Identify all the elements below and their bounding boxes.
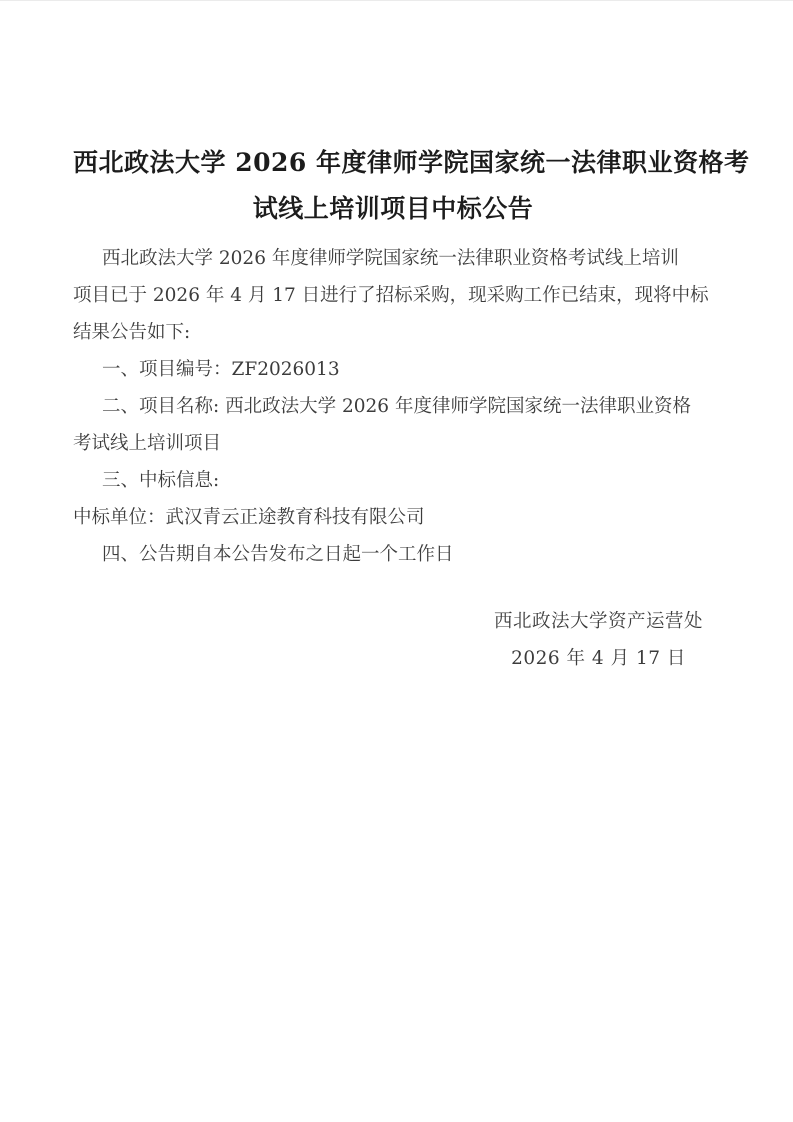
signature-block: 西北政法大学资产运营处 2026 年 4 月 17 日 [494,603,703,677]
announcement-document: 西北政法大学 2026 年度律师学院国家统一法律职业资格考 试线上培训项目中标公… [73,140,713,677]
body-line-award-winner: 中标单位：武汉青云正途教育科技有限公司 [73,499,713,536]
document-body: 西北政法大学 2026 年度律师学院国家统一法律职业资格考试线上培训 项目已于 … [73,240,713,573]
body-line-intro-1: 西北政法大学 2026 年度律师学院国家统一法律职业资格考试线上培训 [73,240,713,277]
body-line-project-name-1: 二、项目名称: 西北政法大学 2026 年度律师学院国家统一法律职业资格 [73,388,713,425]
document-page: 西北政法大学 2026 年度律师学院国家统一法律职业资格考 试线上培训项目中标公… [0,0,793,1122]
body-line-project-number: 一、项目编号：ZF2026013 [73,351,713,388]
signature-date: 2026 年 4 月 17 日 [494,640,703,677]
body-line-award-info-heading: 三、中标信息: [73,462,713,499]
body-line-project-name-2: 考试线上培训项目 [73,425,713,462]
page-top-edge [0,0,793,1]
document-title-line-1: 西北政法大学 2026 年度律师学院国家统一法律职业资格考 [73,140,713,186]
body-line-announcement-period: 四、公告期自本公告发布之日起一个工作日 [73,536,713,573]
signature-organization: 西北政法大学资产运营处 [494,603,703,640]
document-title: 西北政法大学 2026 年度律师学院国家统一法律职业资格考 试线上培训项目中标公… [73,140,713,232]
document-title-line-2: 试线上培训项目中标公告 [73,186,713,232]
body-line-intro-2: 项目已于 2026 年 4 月 17 日进行了招标采购，现采购工作已结束，现将中… [73,277,713,314]
body-line-intro-3: 结果公告如下: [73,314,713,351]
